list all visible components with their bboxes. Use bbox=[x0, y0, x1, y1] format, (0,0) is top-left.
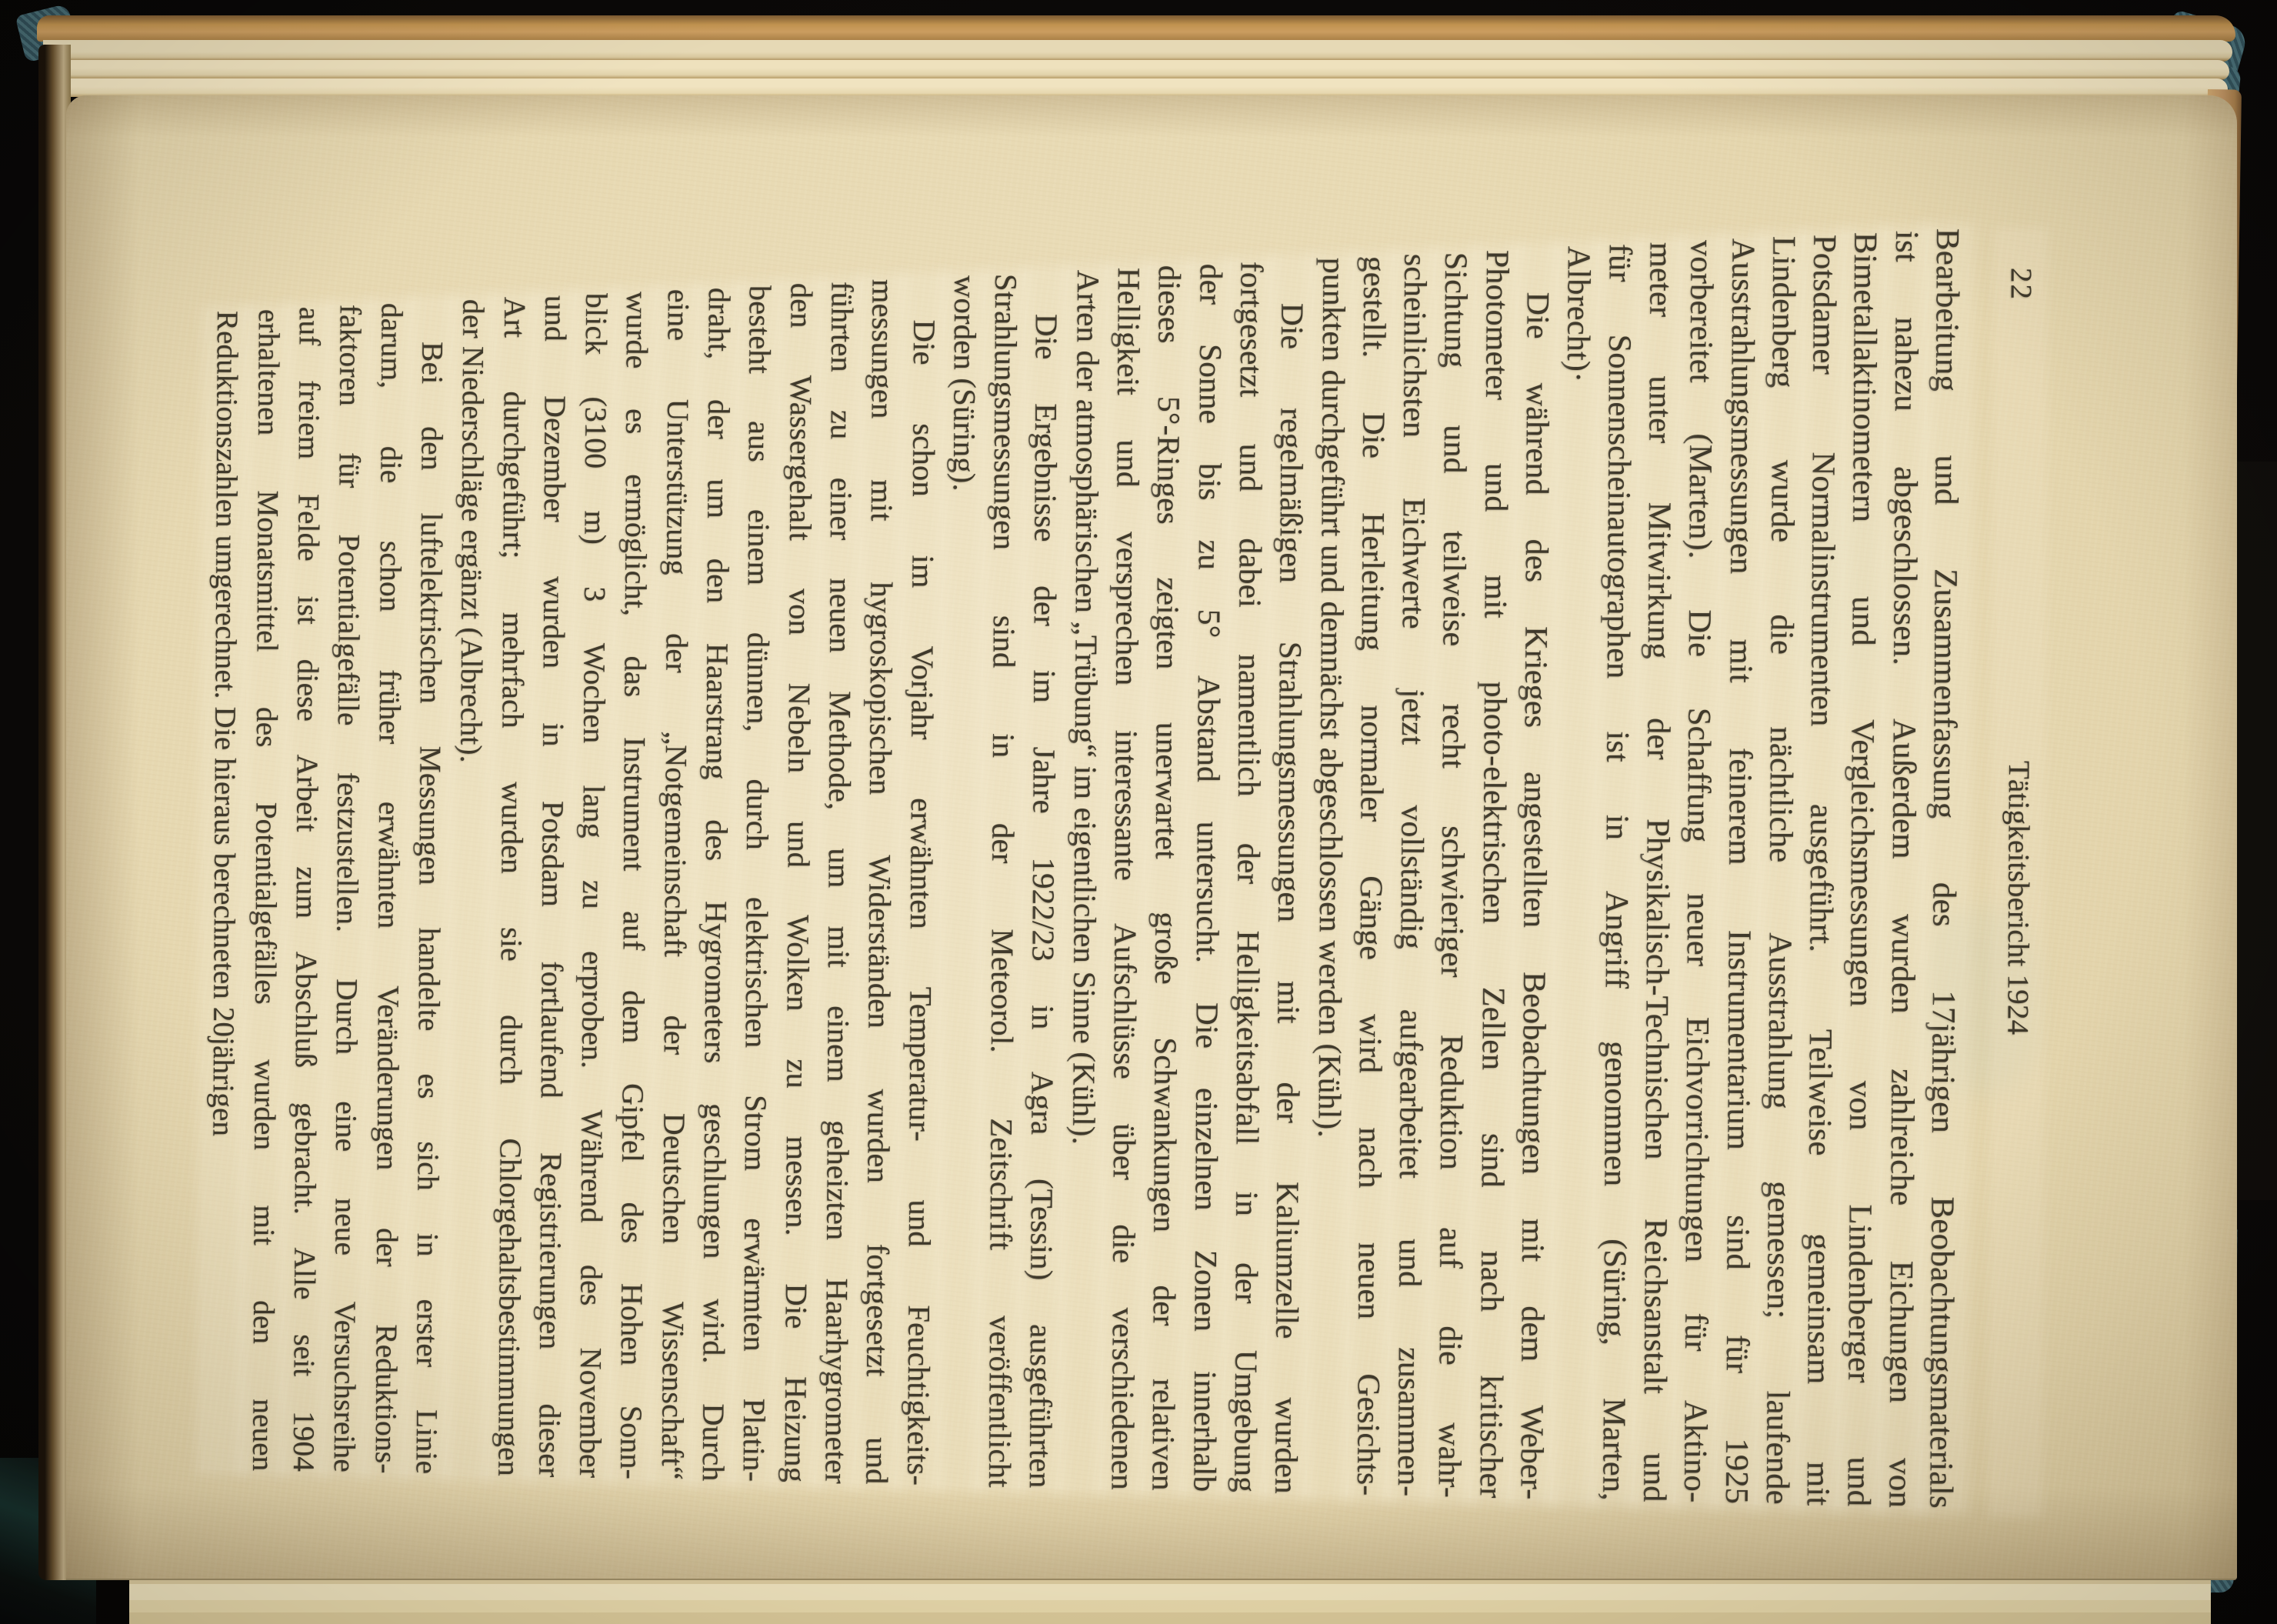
text-line: erhaltenen Monatsmittel des Potentialgef… bbox=[242, 308, 288, 1471]
text-line: wurde es ermöglicht, das Instrument auf … bbox=[609, 291, 657, 1479]
text-line: auf freiem Felde ist diese Arbeit zum Ab… bbox=[282, 307, 329, 1472]
text-line: den Wassergehalt von Nebeln und Wolken z… bbox=[773, 283, 822, 1482]
text-line: faktoren für Potentialgefälle festzustel… bbox=[323, 305, 370, 1472]
page-header: 22 Tätigkeitsbericht 1924 bbox=[1993, 232, 2043, 1512]
text-line: Bei den luftelektrischen Messungen hande… bbox=[405, 301, 452, 1475]
text-line: worden (Süring). bbox=[937, 275, 985, 1486]
text-line: Strahlungsmessungen sind in der Meteorol… bbox=[978, 273, 1026, 1487]
text-line: und Dezember wurden in Potsdam fortlaufe… bbox=[528, 295, 575, 1477]
page-text-layer: 22 Tätigkeitsbericht 1924 Bearbeitung un… bbox=[0, 0, 2277, 1624]
text-line: darum, die schon früher erwähnten Veränd… bbox=[365, 303, 412, 1474]
text-line: Die schon im Vorjahr erwähnten Temperatu… bbox=[896, 278, 945, 1486]
text-line: Arten der atmosphärischen „Trübung“ im e… bbox=[1059, 269, 1108, 1489]
text-line: Art durchgeführt; mehrfach wurden sie du… bbox=[487, 297, 534, 1476]
text-line: dieses 5°-Ringes zeigten unerwartet groß… bbox=[1141, 265, 1190, 1491]
text-line: Die Ergebnisse der im Jahre 1922/23 in A… bbox=[1018, 272, 1067, 1489]
page-number: 22 bbox=[1999, 268, 2043, 301]
text-line: besteht aus einem dünnen, durch elektris… bbox=[732, 285, 780, 1482]
text-line: der Sonne bis zu 5° Abstand untersucht. … bbox=[1182, 264, 1232, 1492]
running-title: Tätigkeitsbericht 1924 bbox=[1995, 761, 2041, 1035]
text-line: Helligkeit und versprechen interessante … bbox=[1100, 268, 1149, 1490]
text-line: der Niederschläge ergänzt (Albrecht). bbox=[446, 299, 493, 1476]
text-line: draht, der um den Haarstrang des Hygrome… bbox=[692, 287, 739, 1481]
text-line: messungen mit hygroskopischen Widerständ… bbox=[855, 279, 903, 1485]
book-photo: 22 Tätigkeitsbericht 1924 Bearbeitung un… bbox=[0, 0, 2277, 1624]
text-line: Reduktionszahlen umgerechnet. Die hierau… bbox=[201, 311, 247, 1470]
text-line: führten zu einer neuen Methode, um mit e… bbox=[814, 282, 862, 1484]
text-line: blick (3100 m) 3 Wochen lang zu erproben… bbox=[568, 293, 616, 1479]
text-line: eine Unterstützung der „Notgemeinschaft … bbox=[651, 289, 698, 1480]
